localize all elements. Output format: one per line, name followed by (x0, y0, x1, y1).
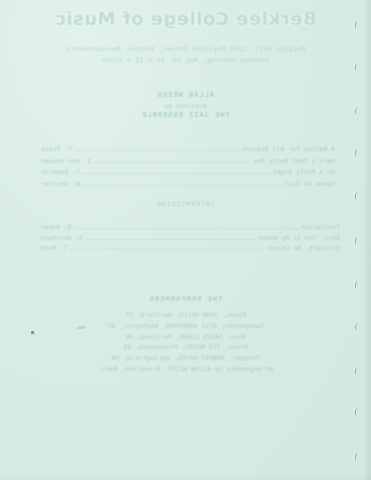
address-line: Recital Hall, 1140 Boylston Street, Bost… (0, 46, 371, 53)
dot-leader (86, 239, 255, 240)
presenter-connector: assisted by (0, 103, 371, 110)
piece-title: Invitation (301, 224, 340, 231)
performer-line: Piano, JOHN KELLY, Hartford, CT (0, 312, 371, 323)
performers-list: Piano, JOHN KELLY, Hartford, CT Saxophon… (0, 312, 371, 377)
performer-line: Trumpet, ROBERT HAYES, Springfield, MA (0, 355, 371, 366)
program-row: Here's That Rainy Day J. Van Heusen (41, 158, 335, 170)
piece-title: Straight, No Chaser (266, 245, 340, 252)
program-row: Straight, No Chaser T. Monk (40, 245, 340, 256)
program-row: On a Misty Night T. Dameron (41, 169, 335, 181)
dot-leader (95, 162, 250, 163)
composer-name: T. Pease (41, 146, 72, 153)
date-line: Tuesday evening, May 15, at 8:15 o'clock (0, 57, 371, 64)
program-section-1: A Ballad for All Seasons T. Pease Here's… (41, 146, 335, 192)
performers-heading: THE PERFORMERS (0, 296, 371, 304)
piece-title: On a Misty Night (273, 169, 335, 176)
bleedthrough-layer: Berklee College of Music Recital Hall, 1… (0, 0, 371, 480)
presenter-event: THE JAZZ ENSEMBLE (0, 112, 371, 120)
performer-line: Saxophones, BILL ANDERSON, Rochester, NY (0, 323, 371, 334)
program-row: Invitation B. Kaper (40, 224, 340, 235)
intermission-label: - INTERMISSION - (0, 201, 371, 208)
program-row: A Ballad for All Seasons T. Pease (41, 146, 335, 158)
performer-line: Drums, JIM RUSSO, Providence, RI (0, 344, 371, 355)
piece-title: A Ballad for All Seasons (241, 146, 335, 153)
scanned-page-back: Berklee College of Music Recital Hall, 1… (0, 0, 371, 480)
dot-leader (75, 150, 238, 151)
program-row: Bess, You Is My Woman G. Gershwin (40, 235, 340, 246)
dot-leader (83, 173, 270, 174)
piece-title: Bess, You Is My Woman (258, 235, 340, 242)
piece-title: Here's That Rainy Day (253, 158, 335, 165)
performer-line: Arrangements by ALLAN WEISS, Brookline, … (0, 366, 371, 377)
dot-leader (83, 185, 281, 186)
dot-leader (70, 249, 263, 250)
dot-leader (74, 228, 298, 229)
piece-title: Speak No Evil (284, 181, 335, 188)
composer-name: T. Dameron (41, 169, 80, 176)
college-header: Berklee College of Music (0, 9, 371, 30)
program-section-2: Invitation B. Kaper Bess, You Is My Woma… (40, 224, 340, 256)
composer-name: B. Kaper (40, 224, 71, 231)
composer-name: J. Van Heusen (41, 158, 92, 165)
presenter-name: ALLAN WEISS (0, 92, 371, 100)
performer-line: Bass, DAVID CLARK, Portland, ME (0, 334, 371, 345)
composer-name: W. Shorter (41, 181, 80, 188)
program-row: Speak No Evil W. Shorter (41, 181, 335, 193)
composer-name: G. Gershwin (40, 235, 83, 242)
page-edge-shadow-bottom (0, 475, 371, 480)
page-edge-shadow-right (363, 0, 371, 480)
composer-name: T. Monk (40, 245, 67, 252)
